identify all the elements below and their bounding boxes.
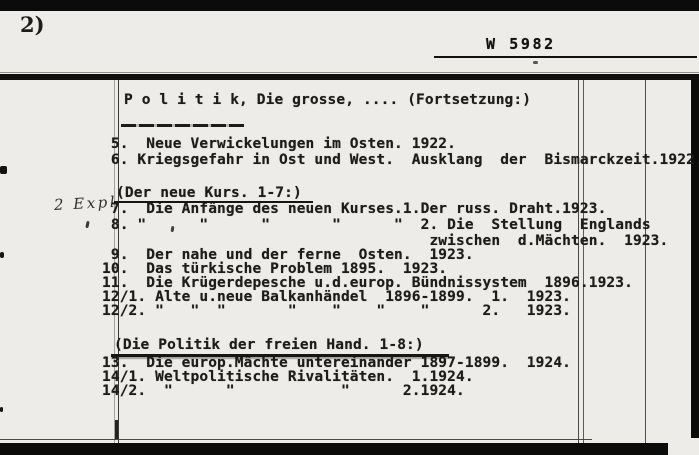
catalog-entry: 13. Die europ.Mächte untereinander 1897-… (102, 356, 571, 370)
catalog-entry: 12/1. Alte u.neue Balkanhändel 1896-1899… (102, 290, 571, 304)
scan-edge-top (0, 0, 699, 11)
card-top-rule-light (0, 72, 699, 73)
card-bottom-edge-line (0, 439, 592, 440)
ink-speck (85, 221, 89, 228)
card-vline-left-blob (115, 420, 118, 440)
card-top-rule (0, 74, 699, 80)
catalog-entry-continuation: zwischen d.Mächten. 1923. (102, 234, 668, 248)
catalog-entry: 11. Die Krügerdepesche u.d.europ. Bündni… (102, 276, 633, 290)
catalog-entry: 14/1. Weltpolitische Rivalitäten. 1.1924… (102, 370, 474, 384)
scan-edge-right (691, 74, 699, 438)
shelfmark: W 5982 (486, 35, 556, 53)
catalog-entry: 6. Kriegsgefahr in Ost und West. Ausklan… (102, 153, 699, 167)
scanned-card-page: 2) W 5982 2 Expl P o l i t i k, Die gros… (0, 0, 699, 455)
card-vline-mid-a (578, 80, 579, 443)
catalog-entry: 5. Neue Verwickelungen im Osten. 1922. (102, 137, 456, 151)
catalog-entry: 12/2. " " " " " " " 2. 1923. (102, 304, 571, 318)
section-heading: (Der neue Kurs. 1-7:) (116, 186, 302, 200)
scan-edge-bottom (0, 443, 668, 455)
catalog-entry: 7. Die Anfänge des neuen Kurses.1.Der ru… (102, 202, 606, 216)
section-heading: (Die Politik der freien Hand. 1-8:) (114, 338, 424, 352)
ink-speck (0, 407, 3, 412)
catalog-entry: 8. " " " " " 2. Die Stellung Englands (102, 218, 651, 232)
section1-underline (114, 201, 313, 203)
ink-speck (533, 61, 538, 64)
card-title: P o l i t i k, Die grosse, .... (Fortset… (124, 93, 531, 107)
catalog-entry: 10. Das türkische Problem 1895. 1923. (102, 262, 447, 276)
shelfmark-underline (434, 56, 697, 58)
title-underline (121, 124, 244, 127)
section2-underline (111, 354, 449, 358)
ink-speck (0, 252, 4, 258)
ink-speck (0, 166, 7, 174)
catalog-entry: 9. Der nahe und der ferne Osten. 1923. (102, 248, 474, 262)
card-vline-mid-b (583, 80, 584, 443)
card-vline-right (645, 80, 646, 443)
catalog-entry: 14/2. " " " 2.1924. (102, 384, 465, 398)
page-number-handwritten: 2) (20, 12, 45, 38)
